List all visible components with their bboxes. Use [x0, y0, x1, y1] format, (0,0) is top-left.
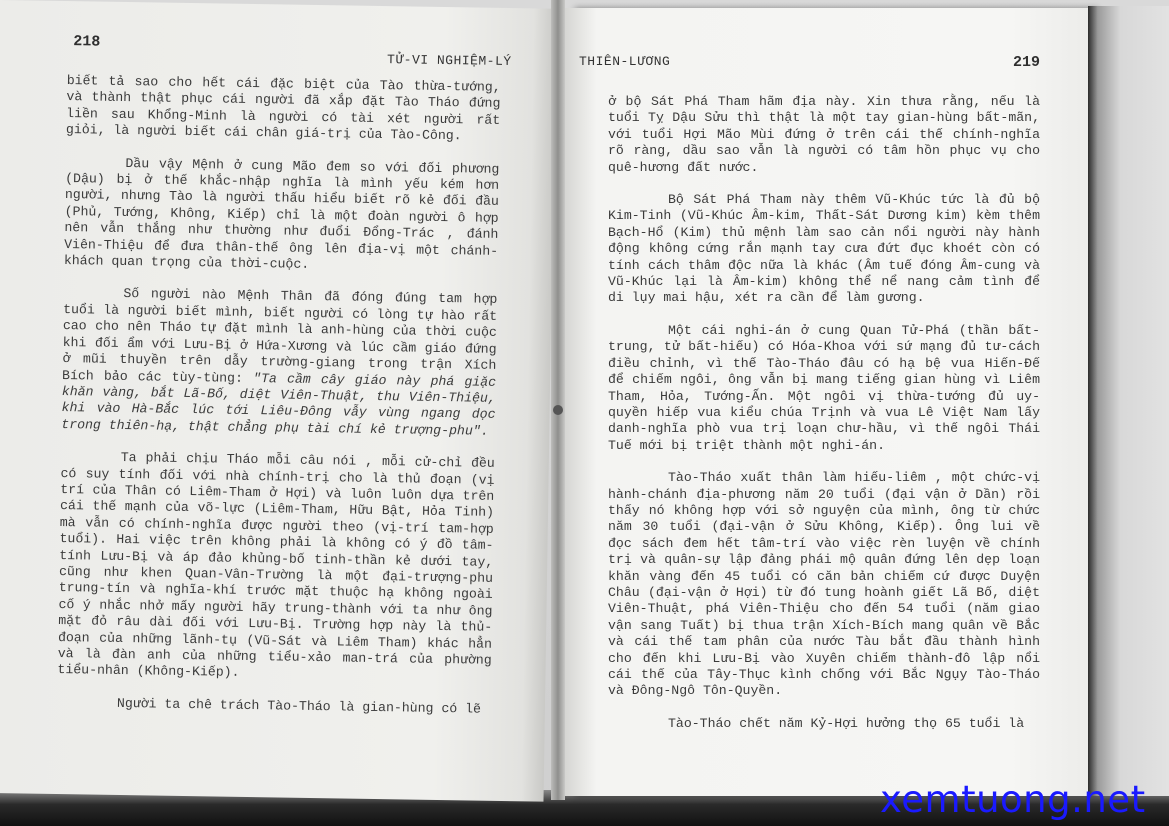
- left-page-body: biết tả sao cho hết cái đặc biệt của Tào…: [57, 73, 501, 734]
- book-spine: [551, 0, 565, 800]
- paragraph-text: Dầu vậy Mệnh ở cung Mão đem so với đối p…: [64, 156, 500, 272]
- paragraph: Người ta chê trách Tào-Tháo là gian-hùng…: [57, 695, 491, 718]
- paragraph: Số người nào Mệnh Thân đã đóng đúng tam …: [61, 286, 497, 440]
- page-edge-stack: [1088, 6, 1169, 796]
- left-running-head: TỬ-VI NGHIỆM-LÝ: [387, 52, 512, 69]
- paragraph-text: Bộ Sát Phá Tham này thêm Vũ-Khúc tức là …: [608, 192, 1040, 305]
- paragraph: Bộ Sát Phá Tham này thêm Vũ-Khúc tức là …: [608, 192, 1040, 307]
- paragraph: Dầu vậy Mệnh ở cung Mão đem so với đối p…: [64, 155, 500, 277]
- right-page-number: 219: [1013, 54, 1040, 71]
- paragraph: Một cái nghi-án ở cung Quan Tử-Phá (thần…: [608, 323, 1040, 454]
- watermark-link[interactable]: xemtuong.net: [880, 778, 1146, 822]
- right-page-body: ở bộ Sát Phá Tham hãm địa này. Xin thưa …: [608, 94, 1040, 748]
- paragraph-text: ở bộ Sát Phá Tham hãm địa này. Xin thưa …: [608, 94, 1040, 175]
- paragraph-text: Người ta chê trách Tào-Tháo là gian-hùng…: [117, 696, 481, 717]
- paragraph: Tào-Tháo chết năm Kỷ-Hợi hưởng thọ 65 tu…: [608, 716, 1040, 732]
- paragraph: Ta phải chịu Tháo mỗi câu nói , mỗi cử-c…: [57, 449, 495, 685]
- paragraph-text: biết tả sao cho hết cái đặc biệt của Tào…: [66, 73, 501, 143]
- left-page: 218 TỬ-VI NGHIỆM-LÝ biết tả sao cho hết …: [0, 0, 556, 802]
- paragraph: Tào-Tháo xuất thân làm hiếu-liêm , một c…: [608, 470, 1040, 700]
- left-page-number: 218: [73, 33, 100, 50]
- paragraph-text: Một cái nghi-án ở cung Quan Tử-Phá (thần…: [608, 323, 1040, 453]
- paragraph: ở bộ Sát Phá Tham hãm địa này. Xin thưa …: [608, 94, 1040, 176]
- paragraph-text: Tào-Tháo xuất thân làm hiếu-liêm , một c…: [608, 470, 1040, 698]
- right-page: THIÊN-LƯƠNG 219 ở bộ Sát Phá Tham hãm đị…: [565, 8, 1088, 796]
- paragraph-text: Tào-Tháo chết năm Kỷ-Hợi hưởng thọ 65 tu…: [668, 716, 1024, 731]
- paragraph: biết tả sao cho hết cái đặc biệt của Tào…: [66, 73, 501, 145]
- right-running-head: THIÊN-LƯƠNG: [579, 54, 670, 69]
- paragraph-text: Ta phải chịu Tháo mỗi câu nói , mỗi cử-c…: [57, 450, 495, 680]
- staple: [553, 405, 563, 415]
